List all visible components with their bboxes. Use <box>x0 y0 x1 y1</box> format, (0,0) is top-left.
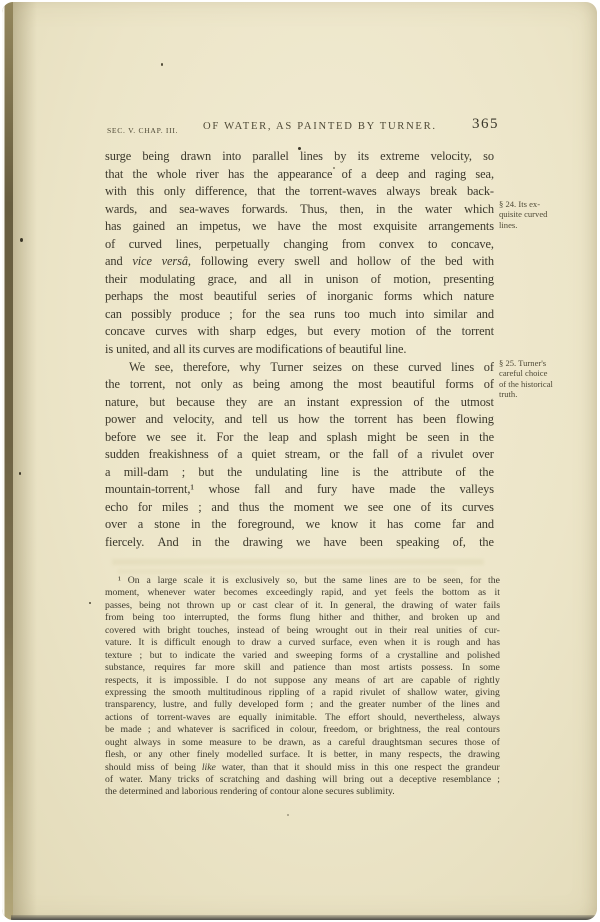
paper-speck <box>89 602 91 604</box>
text-line: transparency,lustre,andfullydevelopedfor… <box>105 699 500 711</box>
text-line: hasgainedanimpetus,wehavethemostexquisit… <box>105 218 494 236</box>
text-line: moment,wheneverwaterbecomesexceedinglyra… <box>105 587 500 599</box>
book-page-scan: SEC. V. CHAP. III. OF WATER, AS PAINTED … <box>2 2 597 920</box>
text-line: passes,beingnotthrownuporcastclearofit.I… <box>105 600 500 612</box>
margin-note: § 24. Its ex-quisite curvedlines. <box>499 199 547 230</box>
page-number: 365 <box>472 116 499 133</box>
text-line: perhapsthemostbeautifulseriesofinorganic… <box>105 288 494 306</box>
text-line: oughtalwaysinsomemeasuretobedrawn,asacar… <box>105 737 500 749</box>
text-line: shouldmissofbeinglikewater,thanthatitsho… <box>105 762 500 774</box>
text-line: suddenfreakishnessofaquietstream,orthefa… <box>105 446 494 464</box>
section-chapter-label: SEC. V. CHAP. III. <box>107 126 178 135</box>
text-line: beforeweseeit.Fortheleapandsplashmightbe… <box>105 429 494 447</box>
paragraph: Wesee,therefore,whyTurnerseizesonthesecu… <box>105 359 494 552</box>
paper-speck <box>19 472 21 475</box>
gutter-cast-shadow <box>13 2 37 920</box>
text-line: bemade;andwhateverissacrificedincolour,f… <box>105 724 500 736</box>
paper-speck <box>298 147 301 150</box>
text-line: canpossiblyproduce;forthesearunstoomuchi… <box>105 306 494 324</box>
text-line: ofwater.Manytricksofscratchinganddashing… <box>105 774 500 786</box>
text-line: substance,requiresfarmoreskillandpatienc… <box>105 662 500 674</box>
text-line: thedeterminedandlaboriousrenderingofcont… <box>105 786 500 798</box>
text-line: withthisonlydifference,thatthetorrent-wa… <box>105 183 494 201</box>
footnote: ¹Onalargescaleitisexclusivelyso,butthesa… <box>105 575 500 799</box>
text-line: fiercely.Andinthedrawingwehavebeenspeaki… <box>105 534 494 552</box>
text-line: isunited,andallitscurvesaremodifications… <box>105 341 494 359</box>
page-bottom-edge-shadow <box>11 915 597 920</box>
text-line: ofcurvedlines,perpetuallychangingfromcon… <box>105 236 494 254</box>
text-line: andviceversâ,followingeveryswellandhollo… <box>105 253 494 271</box>
page-showthrough <box>112 559 484 565</box>
text-line: echoformiles;andthusthemomentweseeoneofi… <box>105 499 494 517</box>
margin-note-line: § 24. Its ex- <box>499 199 547 209</box>
margin-note-line: of the historical <box>499 379 553 389</box>
text-line: thetorrent,notonlyasbeingamongthemostbea… <box>105 376 494 394</box>
text-line: texture;buttoindicatethevariedandsweepin… <box>105 650 500 662</box>
text-line: ¹Onalargescaleitisexclusivelyso,butthesa… <box>105 575 500 587</box>
text-line: coveredwithbrighttouches,insteadofbeingw… <box>105 625 500 637</box>
margin-note: § 25. Turner'scareful choiceof the histo… <box>499 358 553 399</box>
text-line: flesh,oranyotherfinelymodelledsurface.It… <box>105 749 500 761</box>
paper-speck <box>161 63 163 66</box>
page-showthrough <box>118 569 456 574</box>
paragraph: surgebeingdrawnintoparallellinesbyitsext… <box>105 148 494 359</box>
paper-speck <box>333 167 335 169</box>
text-line: Wesee,therefore,whyTurnerseizesonthesecu… <box>105 359 494 377</box>
text-line: nature,butbecausetheyareaninstantexpress… <box>105 394 494 412</box>
running-title: OF WATER, AS PAINTED BY TURNER. <box>203 121 437 132</box>
main-text: surgebeingdrawnintoparallellinesbyitsext… <box>105 148 494 552</box>
margin-note-line: truth. <box>499 389 553 399</box>
text-line: overastoneintheforeground,weknowithascom… <box>105 516 494 534</box>
binding-gutter-shadow <box>2 2 13 920</box>
text-line: theirmodulatinggrace,andallinunisonofmot… <box>105 271 494 289</box>
text-line: wards,andsea-wavesforwards.Thus,then,int… <box>105 201 494 219</box>
text-line: vature.Itisdifficultenoughtodrawacurveds… <box>105 637 500 649</box>
text-line: amill-dam;buttheundulatinglineistheattri… <box>105 464 494 482</box>
margin-note-line: lines. <box>499 220 547 230</box>
margin-note-line: § 25. Turner's <box>499 358 553 368</box>
paper-speck <box>20 238 23 242</box>
text-line: respects,itisimpossible.Idonotsupposeany… <box>105 675 500 687</box>
paper-speck <box>287 814 289 816</box>
text-line: mountain-torrent,¹whosefallandfuryhavema… <box>105 481 494 499</box>
margin-note-line: quisite curved <box>499 209 547 219</box>
text-line: thatthewholeriverhastheappearanceofadeep… <box>105 166 494 184</box>
text-line: actionsoftorrent-wavesareequallyinimitab… <box>105 712 500 724</box>
margin-note-line: careful choice <box>499 368 553 378</box>
text-line: concavecurveswithsharpedges,buteverymoti… <box>105 323 494 341</box>
text-line: surgebeingdrawnintoparallellinesbyitsext… <box>105 148 494 166</box>
text-line: expressingthesmoothmultitudinousrippling… <box>105 687 500 699</box>
text-line: powerandvelocity,andtellushowthetorrenth… <box>105 411 494 429</box>
text-line: frombeingtoointerrupted,theformsflunghit… <box>105 612 500 624</box>
